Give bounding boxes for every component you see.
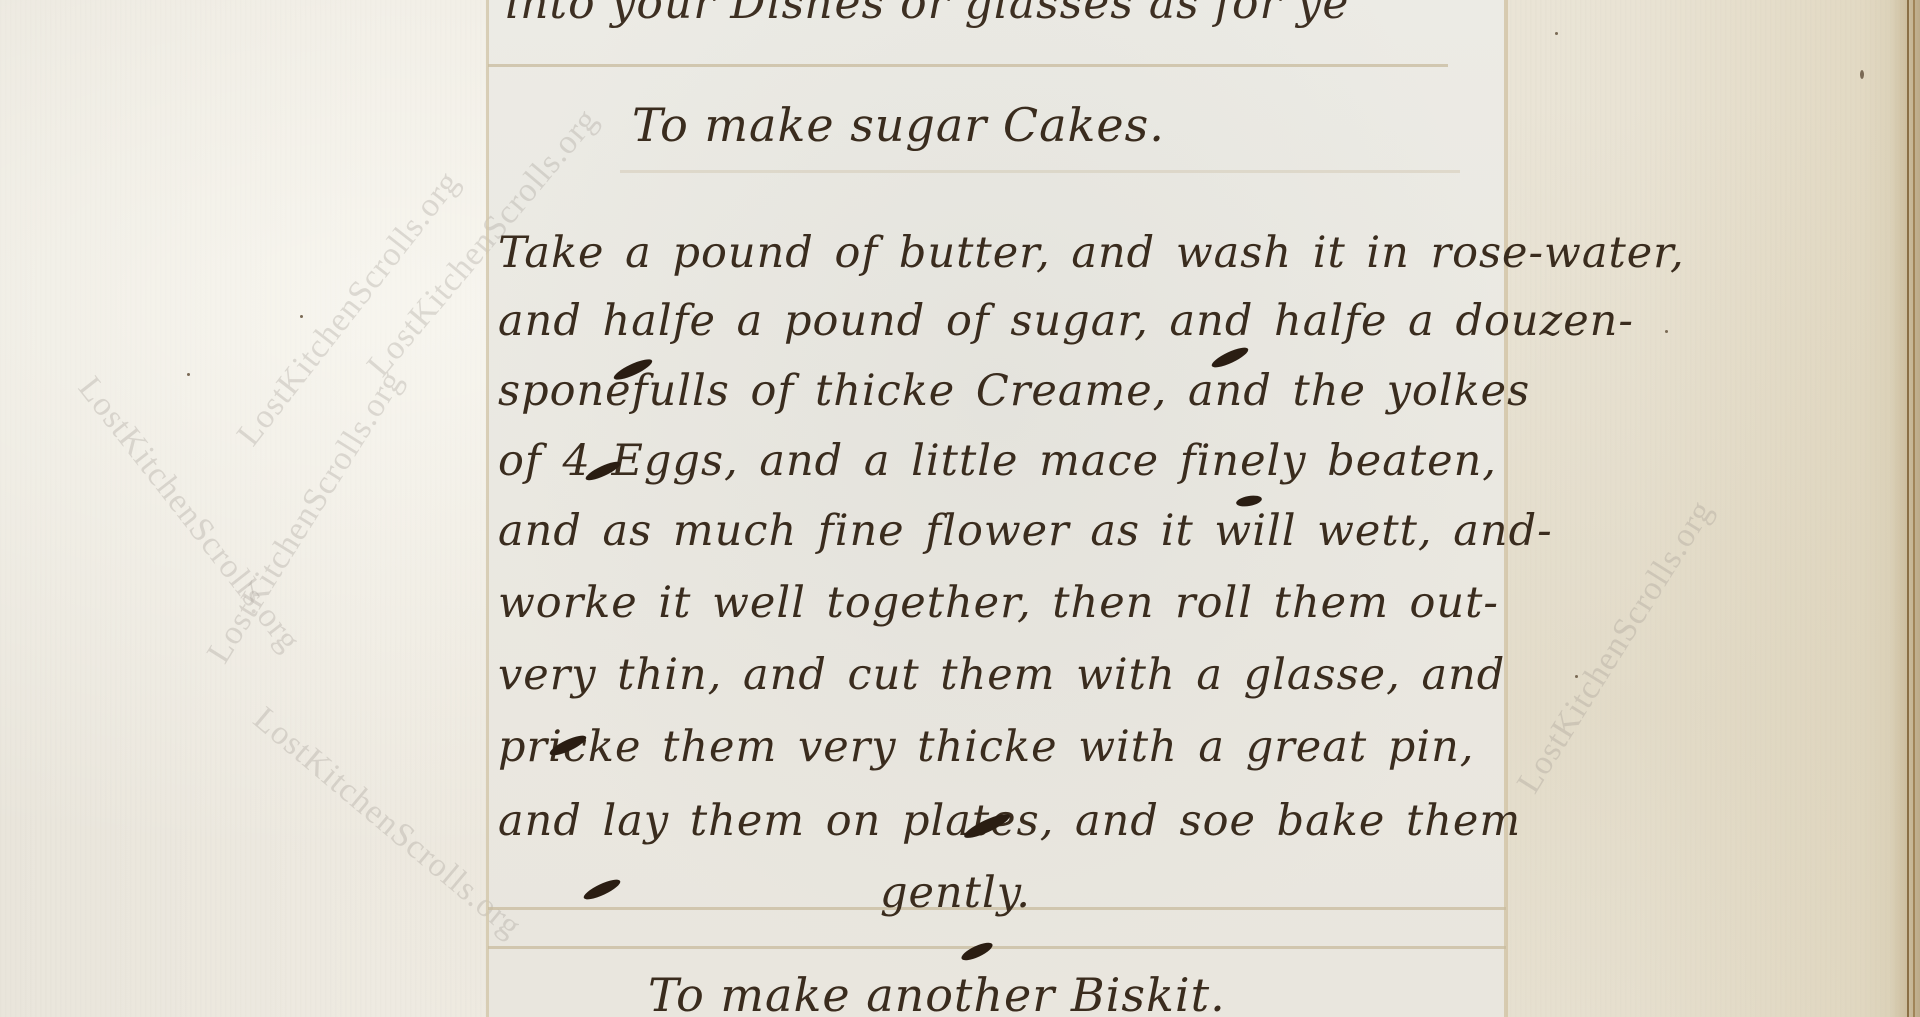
left-margin-rule — [486, 0, 489, 1017]
manuscript-page: LostKitchenScrolls.org LostKitchenScroll… — [0, 0, 1920, 1017]
recipe-line: Take a pound of butter, and wash it in r… — [498, 228, 1685, 278]
recipe-line: very thin, and cut them with a glasse, a… — [498, 650, 1505, 700]
faint-rule — [620, 170, 1460, 173]
page-edge — [1907, 0, 1909, 1017]
paper-speck — [1860, 70, 1864, 79]
page-edge-shadow — [1890, 0, 1920, 1017]
recipe-title: To make sugar Cakes. — [632, 98, 1165, 152]
recipe-line: and as much fine flower as it will wett,… — [498, 506, 1553, 556]
paper-speck — [1665, 330, 1668, 333]
next-recipe-title: To make another Biskit. — [648, 968, 1226, 1017]
section-divider-rule — [488, 64, 1448, 67]
page-edge — [1913, 0, 1915, 1017]
recipe-line: of 4 Eggs, and a little mace finely beat… — [498, 436, 1497, 486]
recipe-line: and halfe a pound of sugar, and halfe a … — [498, 296, 1634, 346]
recipe-line: pricke them very thicke with a great pin… — [498, 722, 1474, 772]
recipe-line: worke it well together, then roll them o… — [498, 578, 1499, 628]
paper-speck — [1575, 675, 1578, 678]
recipe-line: and lay them on plates, and soe bake the… — [498, 796, 1521, 846]
previous-recipe-tail: into your Dishes or glasses as for ye — [505, 0, 1349, 29]
section-divider-rule — [488, 946, 1506, 949]
paper-speck — [300, 315, 303, 318]
paper-speck — [1555, 32, 1558, 35]
watermark: LostKitchenScrolls.org — [200, 364, 411, 671]
recipe-line: sponefulls of thicke Creame, and the yol… — [498, 366, 1530, 416]
paper-speck — [187, 373, 190, 376]
recipe-line-final: gently. — [880, 868, 1031, 918]
